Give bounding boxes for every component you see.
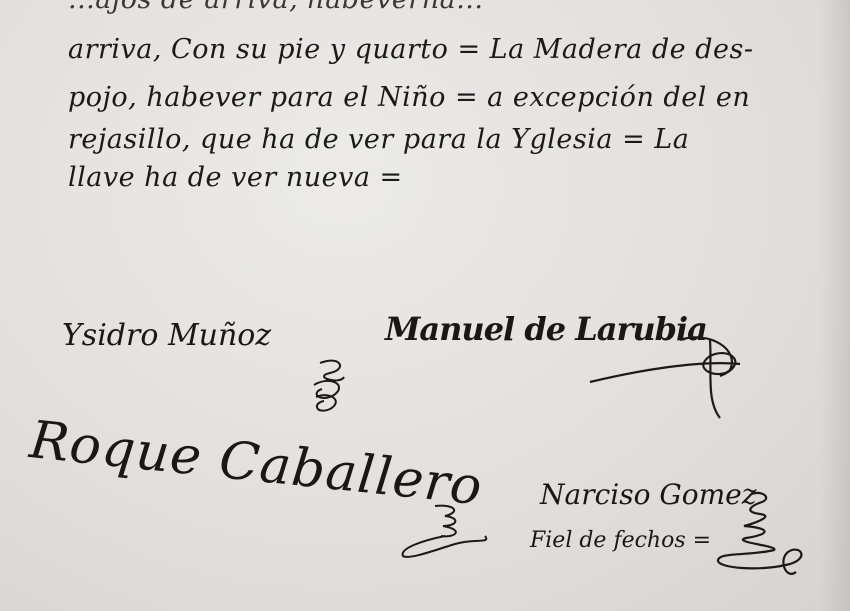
rubric-larubia-icon xyxy=(580,320,760,420)
page-edge-shadow xyxy=(820,0,850,611)
text-line-cutoff: ...ajos de arriva, habeverna... xyxy=(68,0,483,15)
text-line-4: llave ha de ver nueva = xyxy=(68,162,403,193)
signature-title-fiel-de-fechos: Fiel de fechos = xyxy=(530,528,711,553)
rubric-caballero-icon xyxy=(395,500,505,560)
rubric-munoz-icon xyxy=(300,355,380,425)
manuscript-page: ...ajos de arriva, habeverna... arriva, … xyxy=(0,0,850,611)
rubric-gomez-icon xyxy=(700,488,820,583)
text-line-3: rejasillo, que ha de ver para la Yglesia… xyxy=(68,124,689,155)
text-line-1: arriva, Con su pie y quarto = La Madera … xyxy=(68,34,753,65)
text-line-2: pojo, habever para el Niño = a excepción… xyxy=(68,82,750,113)
signature-ysidro-munoz: Ysidro Muñoz xyxy=(62,318,271,353)
